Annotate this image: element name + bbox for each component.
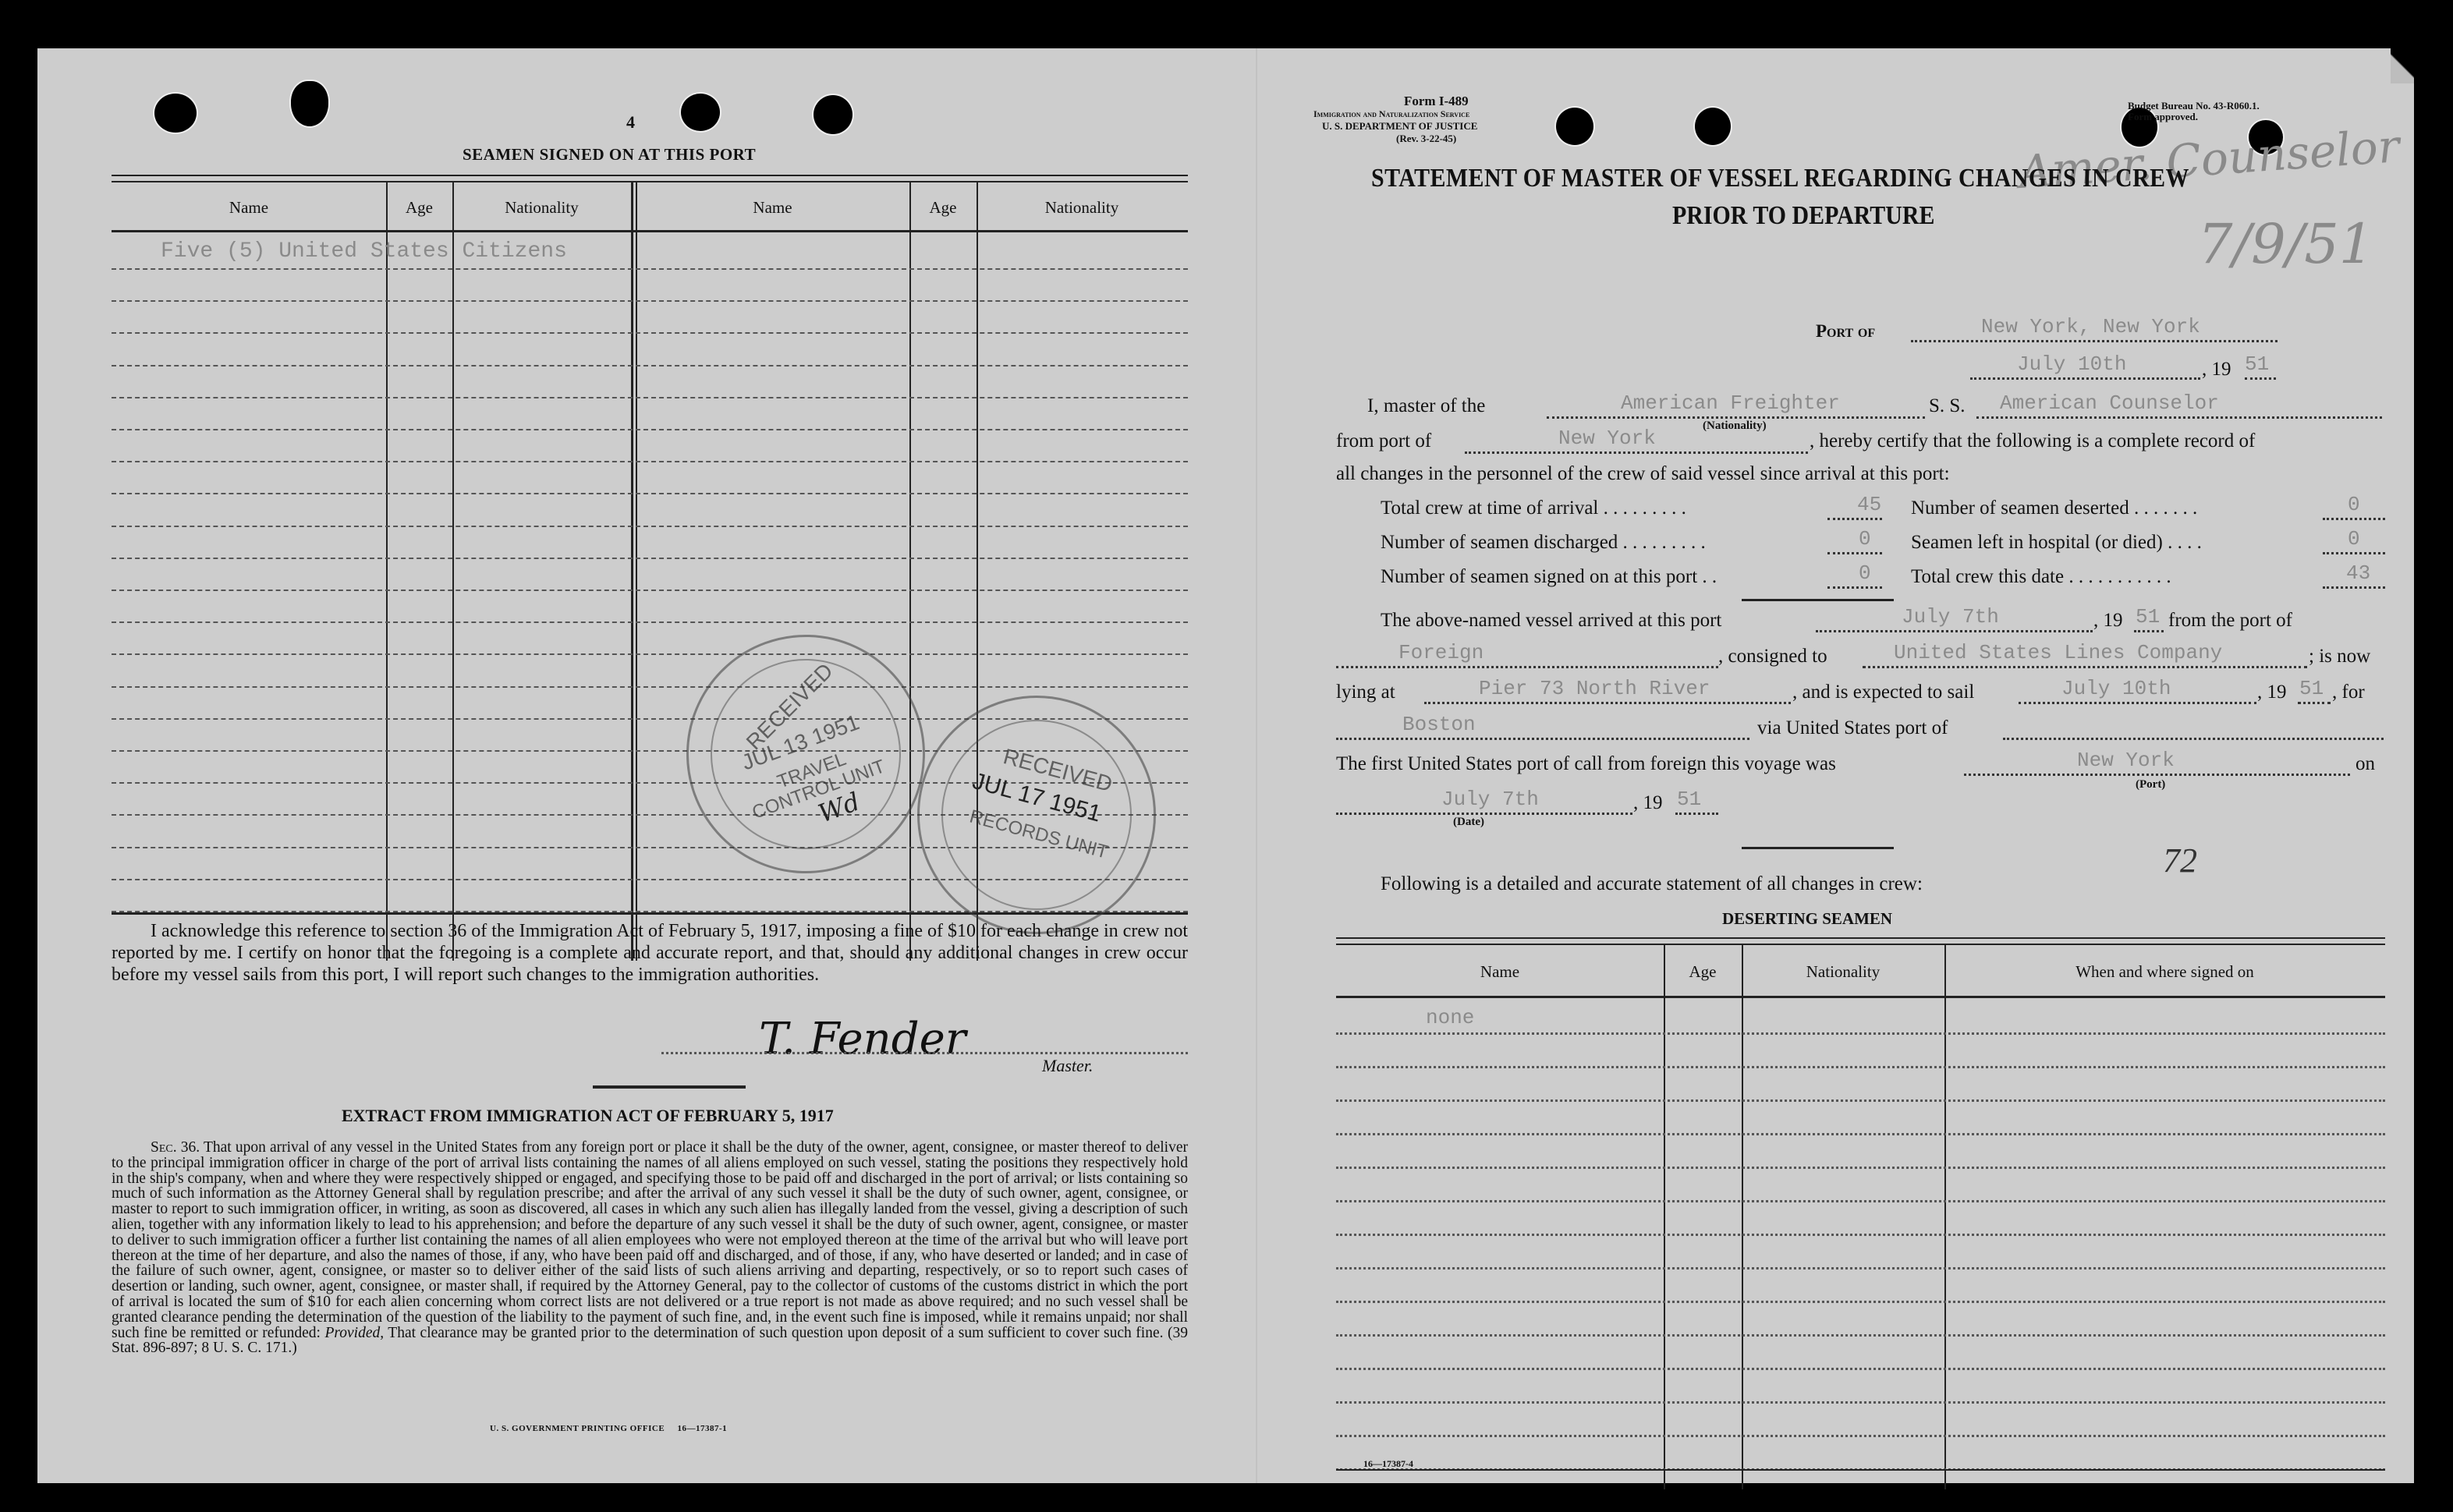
column-header-nationality: Nationality [452,198,631,218]
total-crew-arrival-field[interactable]: 45 [1827,491,1882,520]
received-stamp-records-unit: RECEIVED JUL 17 1951 RECORDS UNIT [891,669,1183,961]
stamp-number: 72 [2163,841,2197,880]
table-row [112,526,1188,527]
consignee-field[interactable]: United States Lines Company [1863,639,2307,668]
from-foreign-field[interactable]: Foreign [1336,639,1718,668]
column-header-age: Age [909,198,977,218]
seamen-signed-on-field[interactable]: 0 [1827,560,1882,589]
count-label-signed-on: Number of seamen signed on at this port … [1381,566,1717,588]
count-label-discharged: Number of seamen discharged . . . . . . … [1381,532,1706,554]
table-row [1336,1066,2385,1068]
via-port-field[interactable] [2003,711,2384,740]
signature-line [661,1052,1188,1054]
deserting-seamen-title: DESERTING SEAMEN [1722,909,1892,929]
section-title-seamen-signed-on: SEAMEN SIGNED ON AT THIS PORT [463,145,756,165]
form-footer-code: 16—17387-4 [1363,1458,1413,1470]
report-year-label: , 19 [2202,359,2231,381]
column-header-nationality: Nationality [1742,962,1944,982]
report-date-field[interactable]: July 10th [1970,351,2200,380]
form-number: Form I-489 [1404,94,1469,109]
extract-text: That upon arrival of any vessel in the U… [112,1139,1188,1341]
column-header-when-where: When and where signed on [1944,962,2385,982]
form-approved: Form approved. [2128,111,2198,123]
date-caption: (Date) [1453,816,1484,829]
column-header-nationality: Nationality [977,198,1187,218]
nationality-field[interactable]: American Freighter [1547,390,1925,419]
count-label-total-arrival: Total crew at time of arrival . . . . . … [1381,498,1686,519]
port-of-field[interactable]: New York, New York [1911,313,2278,342]
table-row [1336,1301,2385,1303]
sail-year-field[interactable]: 51 [2298,675,2331,704]
table-row [112,365,1188,366]
column-header-name: Name [112,198,386,218]
table-row [112,300,1188,302]
table-row [1336,1200,2385,1202]
count-label-total-date: Total crew this date . . . . . . . . . .… [1911,566,2171,588]
column-header-age: Age [1664,962,1742,982]
table-row [1336,1401,2385,1404]
consigned-label: , consigned to [1718,646,1827,667]
acknowledgement-text: I acknowledge this reference to section … [112,920,1188,986]
page-corner-fold [2391,48,2414,83]
received-stamp-travel-control: RECEIVED JUL 13 1951 TRAVEL CONTROL UNIT… [653,601,959,907]
table-row [1336,1133,2385,1135]
report-year-field[interactable]: 51 [2245,351,2276,380]
first-port-field[interactable]: New York [1964,747,2350,776]
from-port-label: from port of [1336,430,1431,452]
certify-text: , hereby certify that the following is a… [1810,430,2255,452]
printing-office-footer: U. S. GOVERNMENT PRINTING OFFICE 16—1738… [490,1424,727,1433]
table-row [1336,1234,2385,1236]
seamen-deserted-field[interactable]: 0 [2323,491,2385,520]
handwritten-date: 7/9/51 [2198,212,2373,276]
count-label-hospital: Seamen left in hospital (or died) . . . … [1911,532,2202,554]
table-row [112,332,1188,334]
punch-hole-icon [291,81,328,126]
seamen-discharged-field[interactable]: 0 [1827,526,1882,554]
punch-hole-icon [681,94,720,131]
extract-lead: Sec. 36. [151,1139,200,1156]
table-row [112,397,1188,398]
table-row [1336,1435,2385,1437]
first-port-year-field[interactable]: 51 [1675,786,1718,815]
table-row [1336,1267,2385,1269]
table-row [112,621,1188,623]
expected-to-sail-label: , and is expected to sail [1792,682,1974,703]
lying-at-field[interactable]: Pier 73 North River [1424,675,1791,704]
total-crew-date-field[interactable]: 43 [2323,560,2385,589]
signature-label-master: Master. [1042,1056,1093,1076]
first-port-date-field[interactable]: July 7th [1336,786,1632,815]
page-number: 4 [626,112,635,133]
arrived-label: The above-named vessel arrived at this p… [1381,610,1721,632]
on-label: on [2356,753,2375,775]
form-revision: (Rev. 3-22-45) [1396,133,1456,145]
form-title-line-1: STATEMENT OF MASTER OF VESSEL REGARDING … [1371,164,2189,193]
column-header-name: Name [1336,962,1664,982]
table-row [112,590,1188,591]
table-row [112,461,1188,462]
table-row [1336,1099,2385,1102]
table-row [112,653,1188,655]
destination-field[interactable]: Boston [1336,711,1749,740]
table-row [112,686,1188,688]
extract-title: EXTRACT FROM IMMIGRATION ACT OF FEBRUARY… [342,1106,834,1126]
table-row-entry: Five (5) United States Citizens [161,239,567,264]
document-page: 4 SEAMEN SIGNED ON AT THIS PORT Name Age… [37,48,2414,1483]
port-of-label: Port of [1816,321,1875,342]
table-row [1336,1167,2385,1169]
punch-hole-icon [154,94,197,133]
seamen-hospital-field[interactable]: 0 [2323,526,2385,554]
table-row [112,493,1188,494]
table-row [112,268,1188,270]
table-row-name: none [1426,1006,1474,1029]
arrival-date-field[interactable]: July 7th [1816,604,2093,632]
divider [1742,847,1894,849]
form-title-line-2: PRIOR TO DEPARTURE [1672,201,1934,231]
from-port-field[interactable]: New York [1465,425,1808,454]
table-row [1336,1334,2385,1337]
agency-line-1: Immigration and Naturalization Service [1313,108,1571,120]
first-port-label: The first United States port of call fro… [1336,753,1836,775]
table-row [1336,1032,2385,1035]
ss-label: S. S. [1929,395,1966,417]
via-port-label: via United States port of [1757,717,1948,739]
count-label-deserted: Number of seamen deserted . . . . . . . [1911,498,2197,519]
sail-date-field[interactable]: July 10th [2019,675,2256,704]
certify-text-continued: all changes in the personnel of the crew… [1336,463,1950,485]
extract-body: Sec. 36. That upon arrival of any vessel… [112,1140,1188,1356]
for-label: , for [2332,682,2365,703]
table-row [112,429,1188,430]
punch-hole-icon [814,95,853,134]
arrival-year-field[interactable]: 51 [2134,604,2164,632]
column-header-age: Age [386,198,452,218]
vessel-name-field[interactable]: American Counselor [1976,390,2382,419]
table-row [112,558,1188,559]
divider [1742,599,1894,601]
master-of-label: I, master of the [1367,395,1485,417]
lying-at-label: lying at [1336,682,1395,703]
extract-provided: Provided, [324,1325,384,1341]
port-caption: (Port) [2136,778,2165,791]
agency-line-2: U. S. DEPARTMENT OF JUSTICE [1322,120,1556,133]
from-the-port-of-label: from the port of [2168,610,2292,632]
table-row [1336,1368,2385,1370]
following-text: Following is a detailed and accurate sta… [1381,873,1923,895]
center-fold [1256,48,1257,1483]
punch-hole-icon [1695,108,1731,145]
is-now-label: ; is now [2309,646,2370,667]
column-header-name: Name [636,198,909,218]
master-signature[interactable]: T. Fender [759,1014,966,1064]
